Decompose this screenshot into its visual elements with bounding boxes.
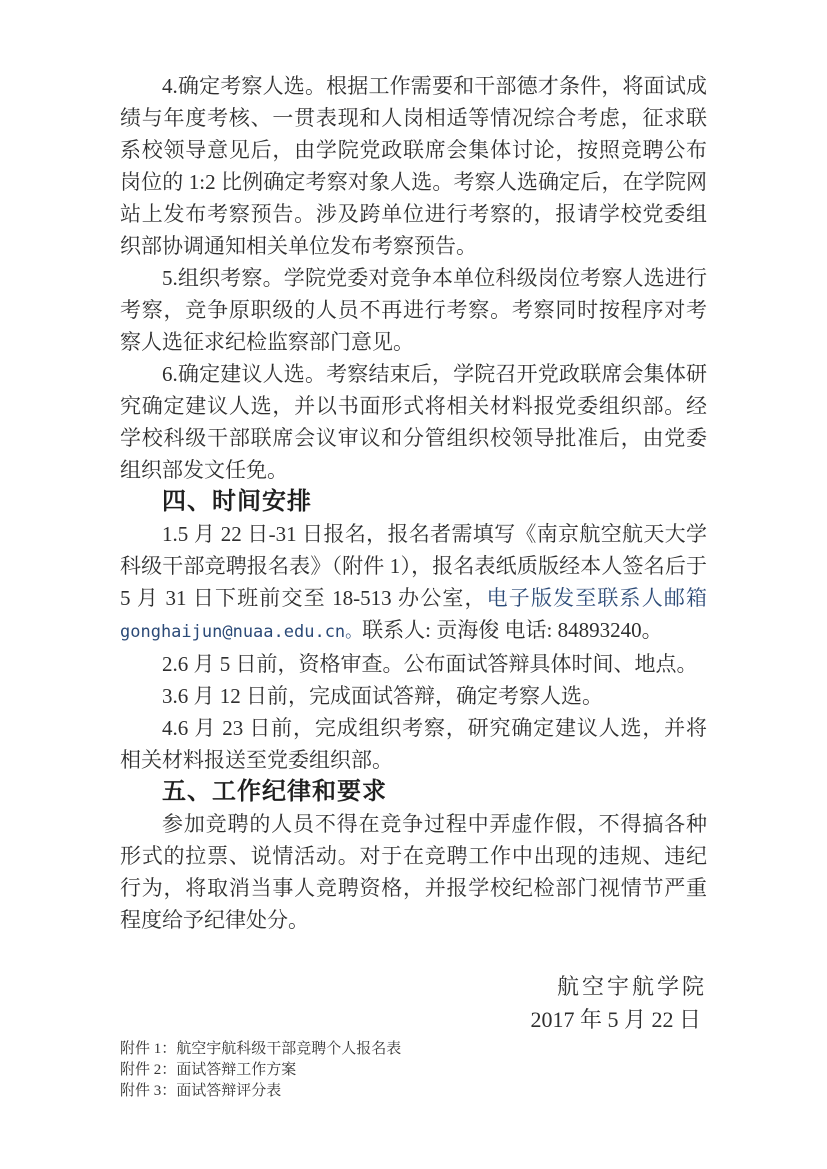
signature-date: 2017 年 5 月 22 日 — [120, 1003, 707, 1036]
attachments-list: 附件 1：航空宇航科级干部竞聘个人报名表 附件 2：面试答辩工作方案 附件 3：… — [120, 1039, 707, 1102]
document-page: 4.确定考察人选。根据工作需要和干部德才条件，将面试成绩与年度考核、一贯表现和人… — [0, 0, 827, 1169]
schedule-item-2: 2.6 月 5 日前，资格审查。公布面试答辩具体时间、地点。 — [120, 648, 707, 680]
paragraph-step-6: 6.确定建议人选。考察结束后，学院召开党政联席会集体研究确定建议人选，并以书面形… — [120, 358, 707, 486]
signature-organization: 航空宇航学院 — [120, 970, 707, 1003]
attachment-item-1: 附件 1：航空宇航科级干部竞聘个人报名表 — [120, 1039, 707, 1060]
contact-email: gonghaijun@nuaa.edu.cn。 — [120, 622, 362, 642]
paragraph-step-4: 4.确定考察人选。根据工作需要和干部德才条件，将面试成绩与年度考核、一贯表现和人… — [120, 70, 707, 262]
paragraph-discipline: 参加竞聘的人员不得在竞争过程中弄虚作假，不得搞各种形式的拉票、说情活动。对于在竞… — [120, 808, 707, 936]
signature-block: 航空宇航学院 2017 年 5 月 22 日 — [120, 970, 707, 1036]
schedule-item-1: 1.5 月 22 日-31 日报名，报名者需填写《南京航空航天大学科级干部竞聘报… — [120, 518, 707, 648]
schedule-item-3: 3.6 月 12 日前，完成面试答辩，确定考察人选。 — [120, 680, 707, 712]
attachment-item-3: 附件 3：面试答辩评分表 — [120, 1081, 707, 1102]
contact-info: 联系人: 贡海俊 电话: 84893240。 — [362, 618, 662, 642]
schedule-item-4: 4.6 月 23 日前，完成组织考察，研究确定建议人选，并将相关材料报送至党委组… — [120, 712, 707, 776]
section-heading-schedule: 四、时间安排 — [120, 486, 707, 518]
section-heading-discipline: 五、工作纪律和要求 — [120, 776, 707, 808]
paragraph-step-5: 5.组织考察。学院党委对竞争本单位科级岗位考察人选进行考察，竞争原职级的人员不再… — [120, 262, 707, 358]
attachment-item-2: 附件 2：面试答辩工作方案 — [120, 1060, 707, 1081]
schedule-item-1-highlight: 电子版发至联系人邮箱 — [487, 586, 707, 610]
